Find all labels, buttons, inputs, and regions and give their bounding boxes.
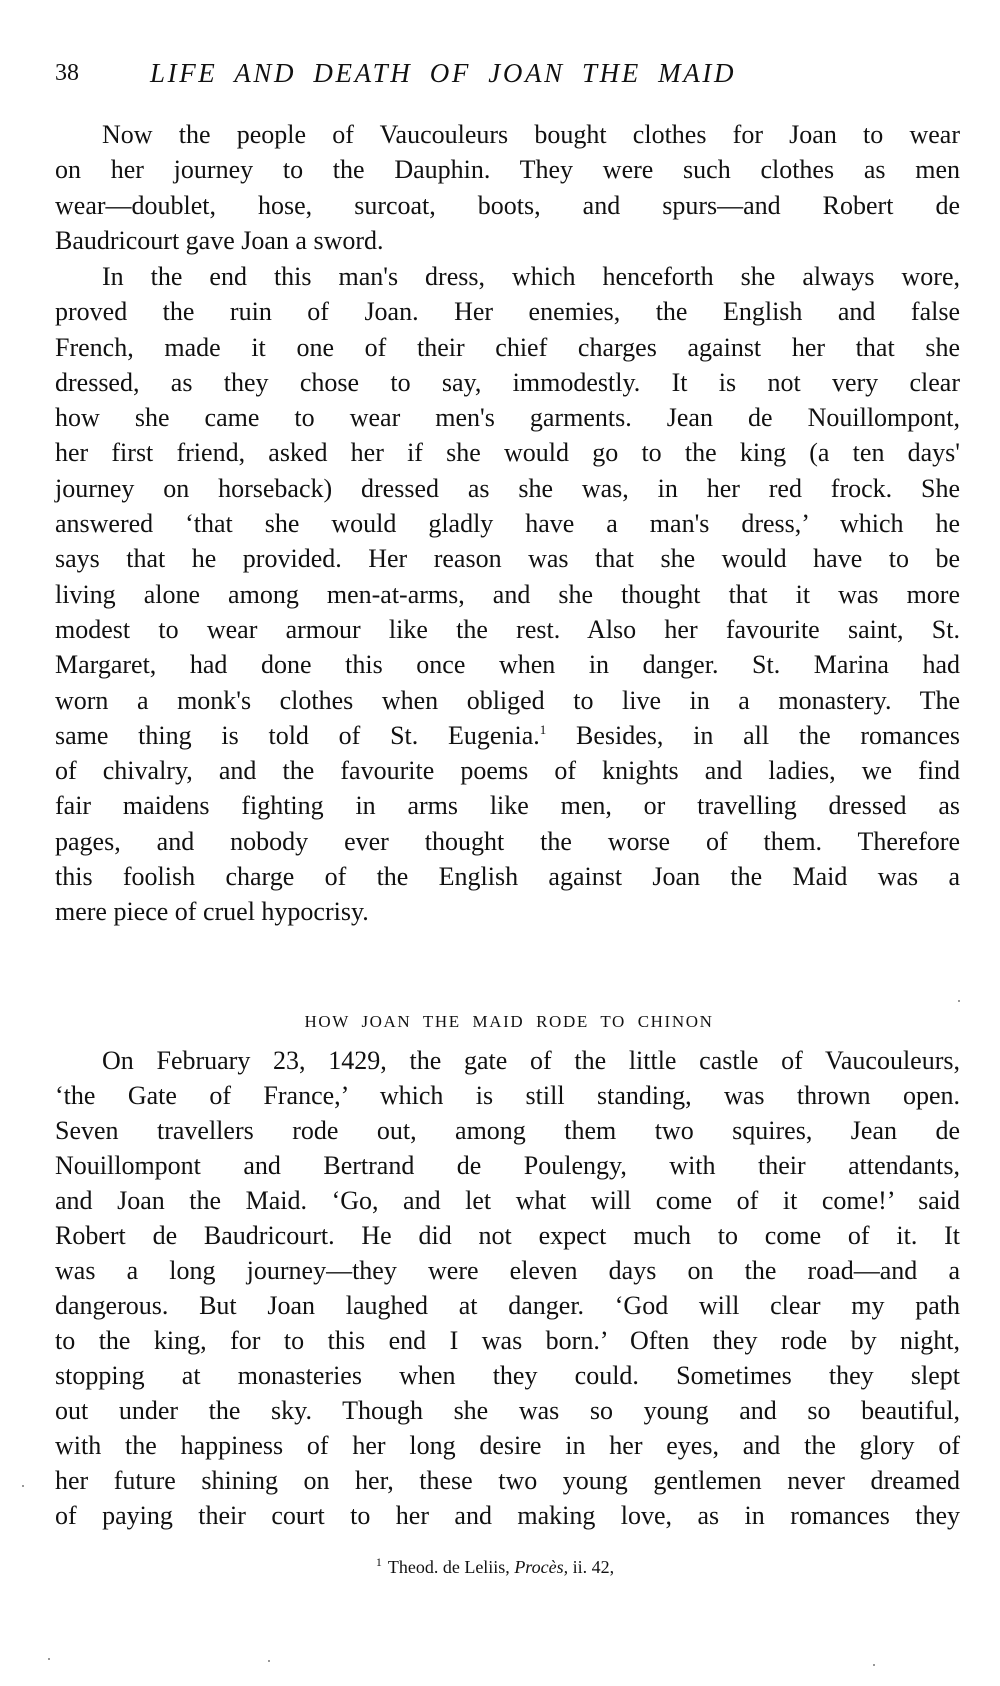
line-head: same thing is told of St. Eugenia. bbox=[55, 721, 540, 750]
text-line: Now the people of Vaucouleurs bought clo… bbox=[55, 117, 960, 152]
text-line: with the happiness of her long desire in… bbox=[55, 1428, 960, 1463]
footnote-text-tail: ii. 42, bbox=[568, 1557, 614, 1577]
text-line: of chivalry, and the favourite poems of … bbox=[55, 753, 960, 788]
text-line: of paying their court to her and making … bbox=[55, 1498, 960, 1533]
text-line: Robert de Baudricourt. He did not expect… bbox=[55, 1218, 960, 1253]
text-line: dressed, as they chose to say, immodestl… bbox=[55, 365, 960, 400]
text-line: proved the ruin of Joan. Her enemies, th… bbox=[55, 294, 960, 329]
text-line: mere piece of cruel hypocrisy. bbox=[55, 894, 960, 929]
text-line: on her journey to the Dauphin. They were… bbox=[55, 152, 960, 187]
text-line: worn a monk's clothes when obliged to li… bbox=[55, 683, 960, 718]
running-title: LIFE AND DEATH OF JOAN THE MAID bbox=[150, 57, 736, 89]
footnote-italic-title: Procès, bbox=[514, 1557, 568, 1577]
paragraph-3: On February 23, 1429, the gate of the li… bbox=[55, 1043, 960, 1533]
page-number: 38 bbox=[55, 57, 79, 89]
text-line: her first friend, asked her if she would… bbox=[55, 435, 960, 470]
running-head: 38 LIFE AND DEATH OF JOAN THE MAID bbox=[55, 57, 875, 89]
footnote-mark: 1 bbox=[376, 1555, 382, 1569]
scan-speck bbox=[22, 1485, 24, 1487]
section-heading: HOW JOAN THE MAID RODE TO CHINON bbox=[0, 1010, 1000, 1034]
text-line: to the king, for to this end I was born.… bbox=[55, 1323, 960, 1358]
text-line: how she came to wear men's garments. Jea… bbox=[55, 400, 960, 435]
text-line: modest to wear armour like the rest. Als… bbox=[55, 612, 960, 647]
text-line: pages, and nobody ever thought the worse… bbox=[55, 824, 960, 859]
scan-speck bbox=[873, 1664, 875, 1666]
text-line-with-footnote: same thing is told of St. Eugenia.1 Besi… bbox=[55, 718, 960, 753]
paragraph-2: In the end this man's dress, which hence… bbox=[55, 259, 960, 930]
text-line: was a long journey—they were eleven days… bbox=[55, 1253, 960, 1288]
footnote-text: Theod. de Leliis, bbox=[388, 1557, 514, 1577]
text-line: Nouillompont and Bertrand de Poulengy, w… bbox=[55, 1148, 960, 1183]
text-line: living alone among men-at-arms, and she … bbox=[55, 577, 960, 612]
text-line: answered ‘that she would gladly have a m… bbox=[55, 506, 960, 541]
text-line: French, made it one of their chief charg… bbox=[55, 330, 960, 365]
book-page: 38 LIFE AND DEATH OF JOAN THE MAID Now t… bbox=[0, 0, 1000, 1686]
text-line: dangerous. But Joan laughed at danger. ‘… bbox=[55, 1288, 960, 1323]
text-line: Seven travellers rode out, among them tw… bbox=[55, 1113, 960, 1148]
scan-speck bbox=[958, 1000, 960, 1002]
scan-speck bbox=[48, 1658, 50, 1660]
scan-speck bbox=[268, 1660, 270, 1662]
text-line: out under the sky. Though she was so you… bbox=[55, 1393, 960, 1428]
text-line: Margaret, had done this once when in dan… bbox=[55, 647, 960, 682]
text-line: wear—doublet, hose, surcoat, boots, and … bbox=[55, 188, 960, 223]
text-line: stopping at monasteries when they could.… bbox=[55, 1358, 960, 1393]
text-line: On February 23, 1429, the gate of the li… bbox=[55, 1043, 960, 1078]
text-line: says that he provided. Her reason was th… bbox=[55, 541, 960, 576]
paragraph-1: Now the people of Vaucouleurs bought clo… bbox=[55, 117, 960, 258]
text-line: her future shining on her, these two you… bbox=[55, 1463, 960, 1498]
footnote: 1Theod. de Leliis, Procès, ii. 42, bbox=[0, 1555, 1000, 1579]
line-tail: Besides, in all the romances bbox=[546, 721, 960, 750]
text-line: ‘the Gate of France,’ which is still sta… bbox=[55, 1078, 960, 1113]
text-line: and Joan the Maid. ‘Go, and let what wil… bbox=[55, 1183, 960, 1218]
text-line: In the end this man's dress, which hence… bbox=[55, 259, 960, 294]
text-line: fair maidens fighting in arms like men, … bbox=[55, 788, 960, 823]
text-line: Baudricourt gave Joan a sword. bbox=[55, 223, 960, 258]
text-line: this foolish charge of the English again… bbox=[55, 859, 960, 894]
text-line: journey on horseback) dressed as she was… bbox=[55, 471, 960, 506]
